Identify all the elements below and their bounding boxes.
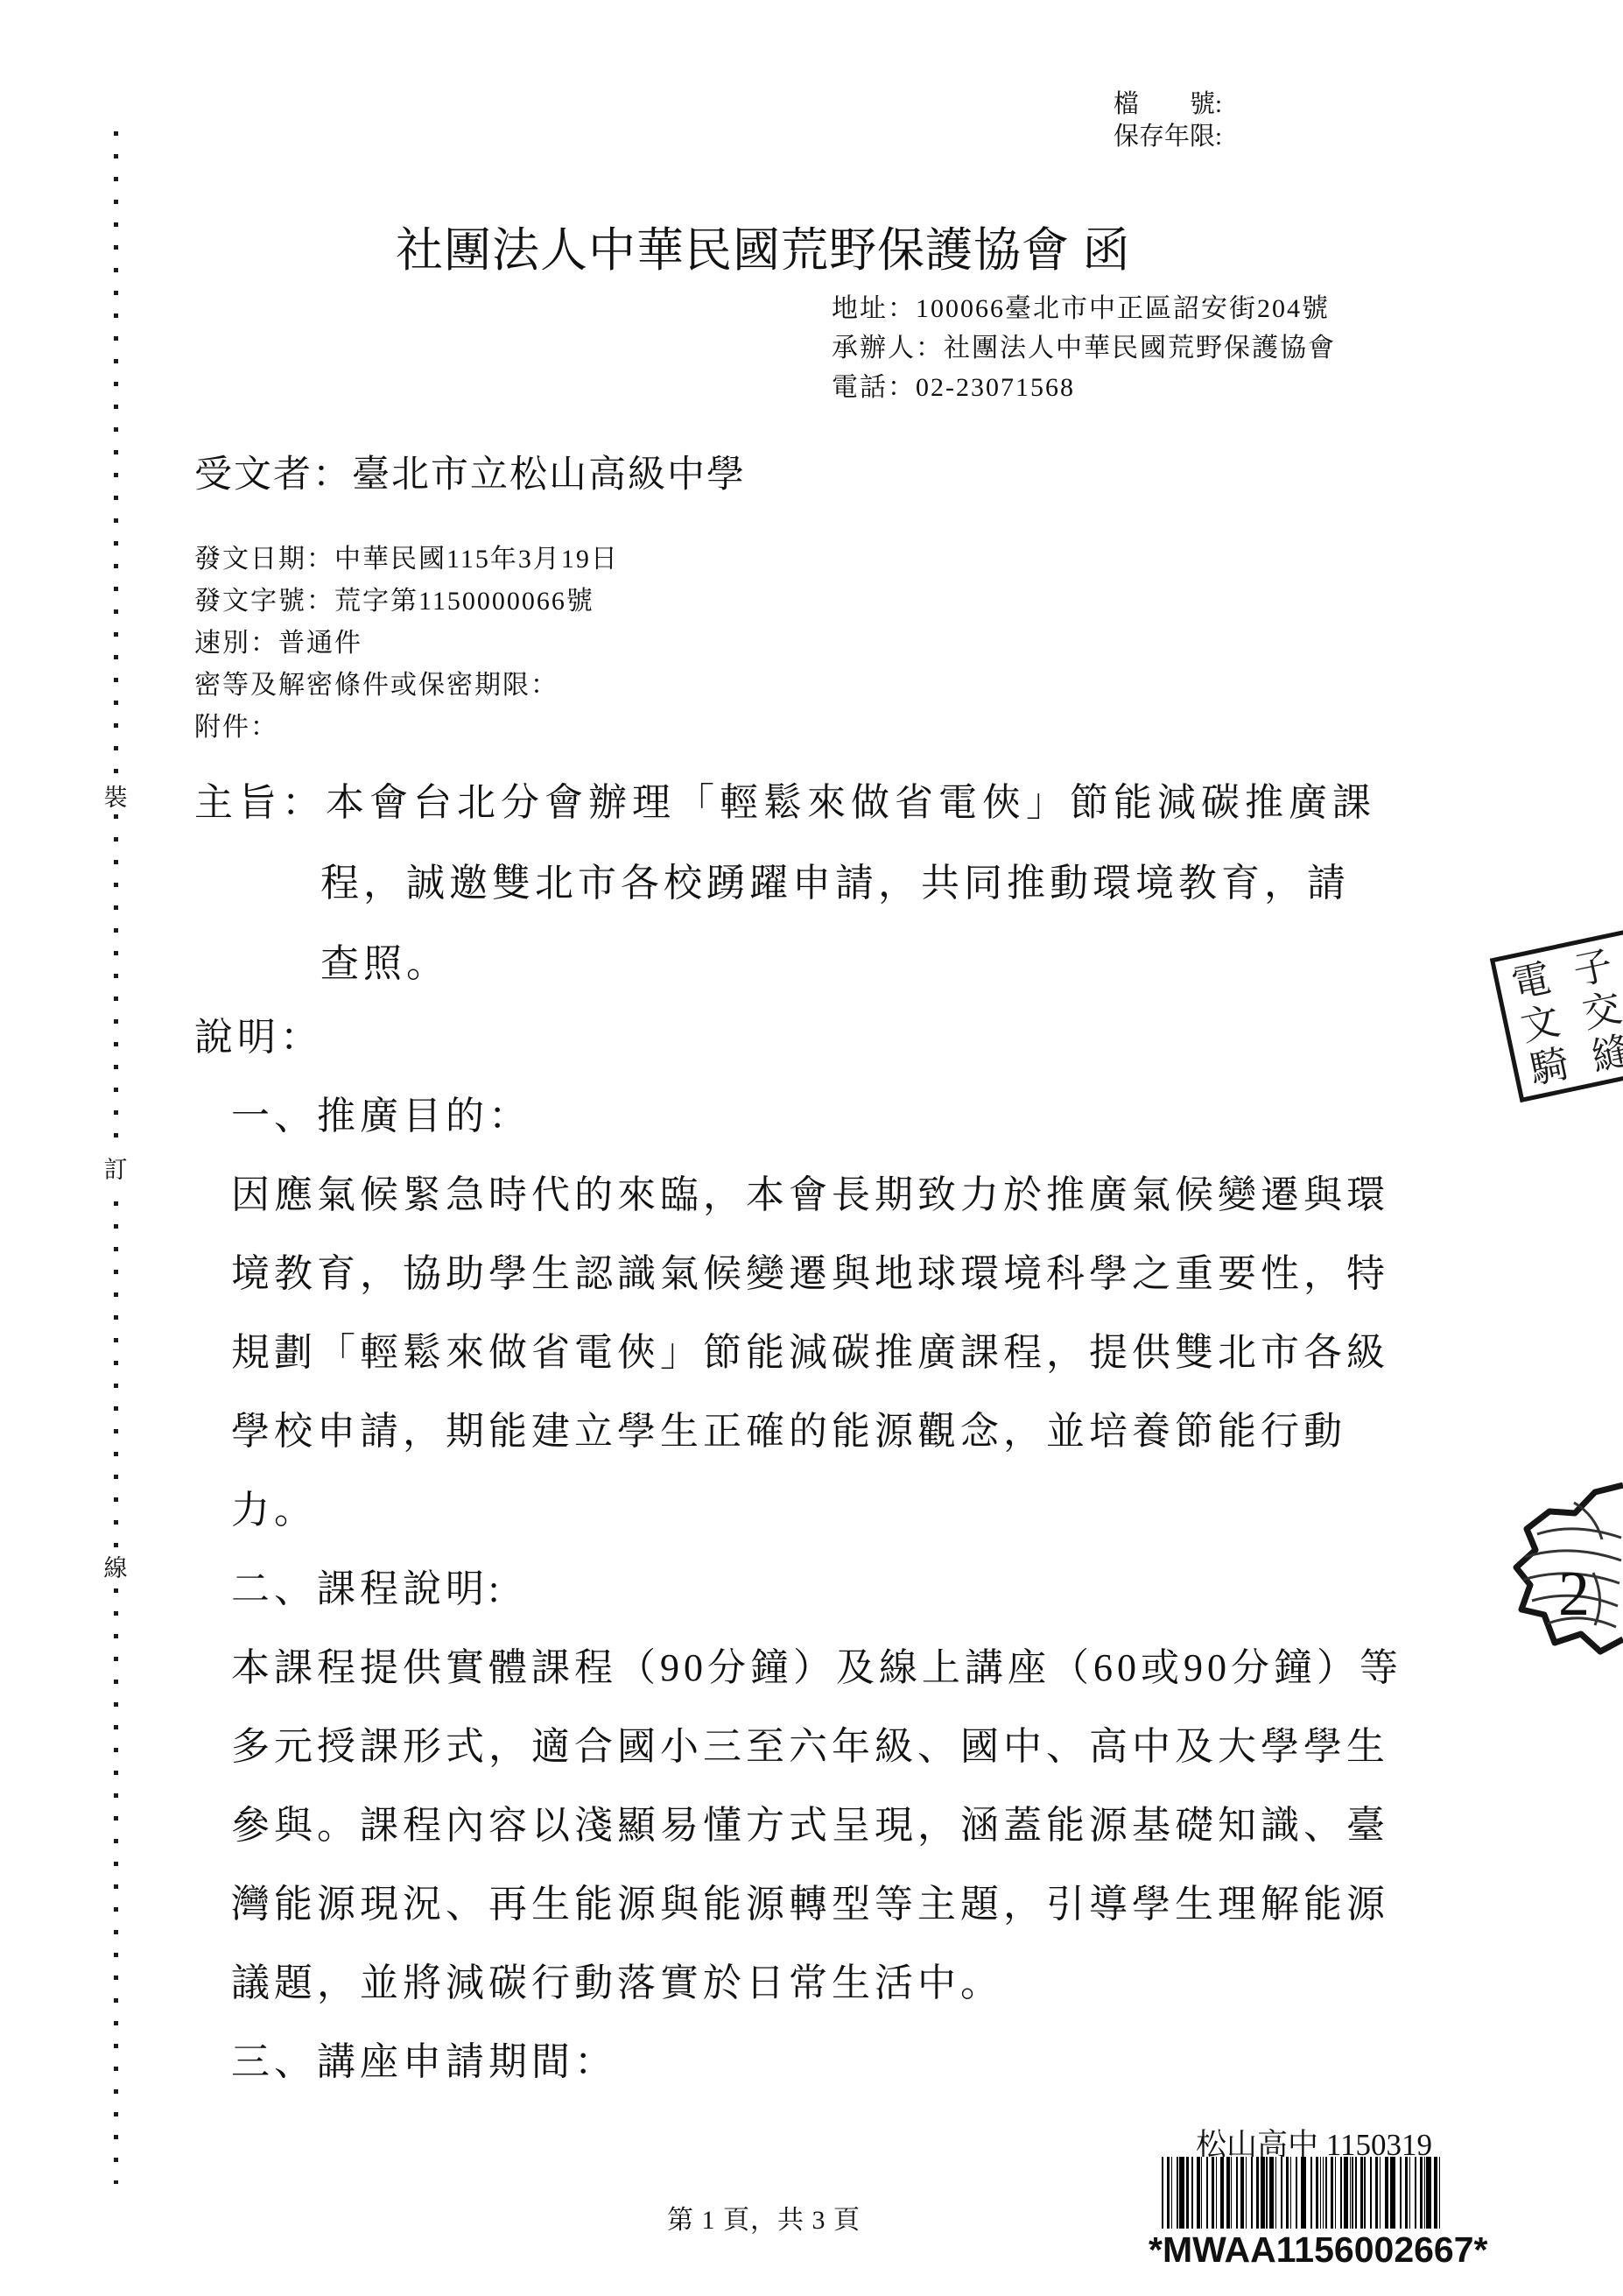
official-letter-page: 裝 訂 線 檔 號: 保存年限: 社團法人中華民國荒野保護協會 函 地址：100… xyxy=(0,0,1623,2296)
sender-contact: 承辦人：社團法人中華民國荒野保護協會 xyxy=(832,328,1336,368)
explanation-heading: 說明： xyxy=(194,1005,323,1061)
document-title: 社團法人中華民國荒野保護協會 函 xyxy=(396,213,1131,280)
item1-heading: 一、推廣目的： xyxy=(231,1084,531,1140)
recipient-line: 受文者：臺北市立松山高級中學 xyxy=(194,445,746,498)
sender-address: 地址：100066臺北市中正區詔安街204號 xyxy=(832,289,1336,328)
page-number: 第 1 頁，共 3 頁 xyxy=(667,2198,861,2236)
subject-line-2: 程，誠邀雙北市各校踴躍申請，共同推動環境教育，請 xyxy=(320,851,1350,907)
binding-label-ding: 訂 xyxy=(98,1154,133,1187)
body-line: 力。 xyxy=(231,1478,317,1534)
body-line: 本課程提供實體課程（90分鐘）及線上講座（60或90分鐘）等 xyxy=(231,1636,1402,1692)
body-line: 學校申請，期能建立學生正確的能源觀念，並培養節能行動 xyxy=(231,1399,1346,1455)
meta-security: 密等及解密條件或保密期限： xyxy=(194,663,559,701)
subject-line-3: 查照。 xyxy=(320,932,449,988)
file-header-block: 檔 號: 保存年限: xyxy=(1114,88,1222,153)
body-line: 參與。課程內容以淺顯易懂方式呈現，涵蓋能源基礎知識、臺 xyxy=(231,1793,1389,1849)
binding-label-xian: 線 xyxy=(98,1553,133,1585)
barcode-text: *MWAA1156002667* xyxy=(1149,2229,1455,2271)
body-line: 議題，並將減碳行動落實於日常生活中。 xyxy=(231,1951,1003,2007)
meta-date: 發文日期：中華民國115年3月19日 xyxy=(194,537,619,575)
body-line: 多元授課形式，適合國小三至六年級、國中、高中及大學學生 xyxy=(231,1715,1389,1771)
meta-attachment: 附件： xyxy=(194,705,278,743)
item2-heading: 二、課程說明: xyxy=(231,1557,503,1613)
binding-label-zhuang: 裝 xyxy=(98,782,133,814)
page-seal-number: 2 xyxy=(1558,1559,1590,1629)
meta-doc-number: 發文字號：荒字第1150000066號 xyxy=(194,579,594,617)
sender-phone: 電話：02-23071568 xyxy=(832,368,1336,407)
barcode xyxy=(1162,2157,1440,2229)
retention-label: 保存年限: xyxy=(1114,121,1222,153)
item3-heading: 三、講座申請期間： xyxy=(231,2030,617,2086)
meta-speed: 速別：普通件 xyxy=(194,621,362,659)
sender-info-block: 地址：100066臺北市中正區詔安街204號 承辦人：社團法人中華民國荒野保護協… xyxy=(832,289,1336,407)
body-line: 因應氣候緊急時代的來臨，本會長期致力於推廣氣候變遷與環 xyxy=(231,1163,1389,1219)
body-line: 灣能源現況、再生能源與能源轉型等主題，引導學生理解能源 xyxy=(231,1872,1389,1928)
file-number-label: 檔 號: xyxy=(1114,88,1222,121)
page-seal: 2 xyxy=(1490,1476,1623,1656)
body-line: 規劃「輕鬆來做省電俠」節能減碳推廣課程，提供雙北市各級 xyxy=(231,1321,1389,1377)
body-line: 境教育，協助學生認識氣候變遷與地球環境科學之重要性，特 xyxy=(231,1242,1389,1298)
electronic-exchange-stamp: 電子 文交 騎縫 xyxy=(1490,917,1623,1102)
subject-line-1: 主旨：本會台北分會辦理「輕鬆來做省電俠」節能減碳推廣課 xyxy=(194,771,1376,827)
